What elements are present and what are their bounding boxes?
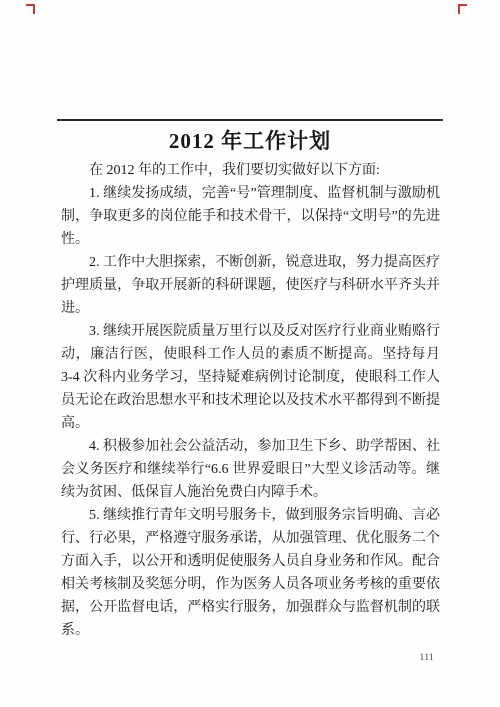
intro-line: 在 2012 年的工作中，我们要切实做好以下方面: <box>61 159 440 182</box>
document-page: 2012 年工作计划 在 2012 年的工作中，我们要切实做好以下方面: 1. … <box>0 0 500 707</box>
page-number: 111 <box>420 652 434 662</box>
paragraph-5: 5. 继续推行青年文明号服务卡，做到服务宗旨明确、言必行、行必果，严格遵守服务承… <box>61 504 440 642</box>
red-corner-mark-right <box>458 4 467 14</box>
paragraph-2: 2. 工作中大胆探索，不断创新，锐意进取，努力提高医疗护理质量，争取开展新的科研… <box>61 251 440 320</box>
title-divider-rule <box>57 119 443 121</box>
paragraph-1: 1. 继续发扬成绩，完善“号”管理制度、监督机制与激励机制，争取更多的岗位能手和… <box>61 182 440 251</box>
page-title: 2012 年工作计划 <box>0 125 500 155</box>
red-corner-mark-left <box>26 4 35 14</box>
paragraph-4: 4. 积极参加社会公益活动，参加卫生下乡、助学帮困、社会义务医疗和继续举行“6.… <box>61 435 440 504</box>
document-body: 在 2012 年的工作中，我们要切实做好以下方面: 1. 继续发扬成绩，完善“号… <box>61 159 440 642</box>
paragraph-3: 3. 继续开展医院质量万里行以及反对医疗行业商业贿赂行动，廉洁行医，使眼科工作人… <box>61 320 440 435</box>
